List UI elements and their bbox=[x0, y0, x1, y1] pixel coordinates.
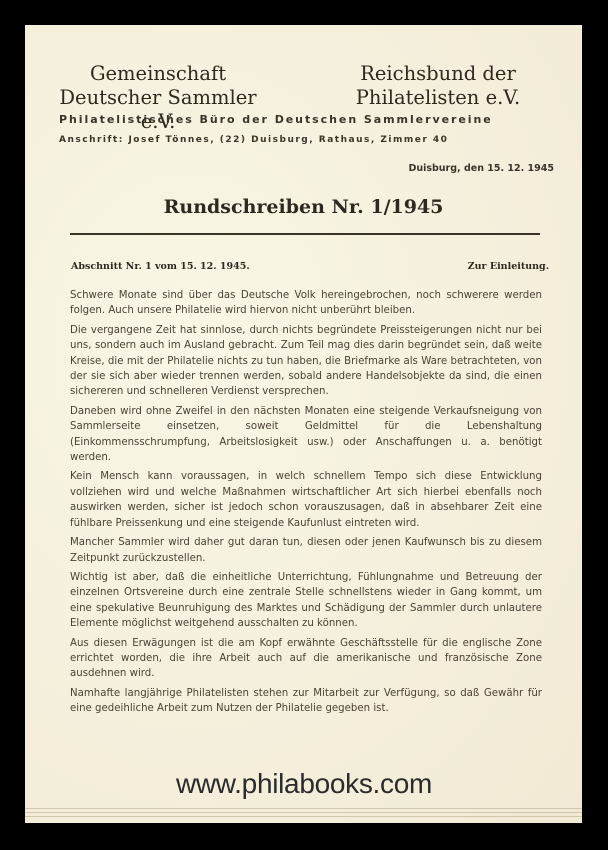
right-org-line-2: Philatelisten e.V. bbox=[327, 86, 549, 110]
left-org-line-1: Gemeinschaft bbox=[58, 62, 258, 86]
paragraph: Daneben wird ohne Zweifel in den nächste… bbox=[70, 404, 542, 466]
paragraph: Namhafte langjährige Philatelisten stehe… bbox=[70, 686, 542, 717]
paragraph: Wichtig ist aber, daß die einheitliche U… bbox=[70, 570, 542, 632]
left-org-line-2: Deutscher Sammler e.V. bbox=[58, 86, 258, 134]
section-topic: Zur Einleitung. bbox=[468, 261, 549, 272]
document-page: Gemeinschaft Deutscher Sammler e.V. Reic… bbox=[25, 25, 582, 823]
paragraph: Mancher Sammler wird daher gut daran tun… bbox=[70, 535, 542, 566]
section-label: Abschnitt Nr. 1 vom 15. 12. 1945. bbox=[71, 261, 250, 272]
page-edge-lines bbox=[25, 805, 582, 817]
title-rule-divider bbox=[70, 233, 540, 235]
dateline: Duisburg, den 15. 12. 1945 bbox=[408, 163, 554, 174]
document-title: Rundschreiben Nr. 1/1945 bbox=[25, 196, 582, 218]
paragraph: Schwere Monate sind über das Deutsche Vo… bbox=[70, 288, 542, 319]
letterhead-subtitle: Philatelistisches Büro der Deutschen Sam… bbox=[59, 113, 554, 126]
body-text: Schwere Monate sind über das Deutsche Vo… bbox=[70, 288, 542, 721]
letterhead-address: Anschrift: Josef Tönnes, (22) Duisburg, … bbox=[59, 135, 554, 145]
paragraph: Die vergangene Zeit hat sinnlose, durch … bbox=[70, 323, 542, 400]
paragraph: Aus diesen Erwägungen ist die am Kopf er… bbox=[70, 636, 542, 682]
right-organization-name: Reichsbund der Philatelisten e.V. bbox=[327, 62, 549, 110]
right-org-line-1: Reichsbund der bbox=[327, 62, 549, 86]
paragraph: Kein Mensch kann voraussagen, in welch s… bbox=[70, 469, 542, 531]
watermark-url: www.philabooks.com bbox=[0, 768, 608, 800]
